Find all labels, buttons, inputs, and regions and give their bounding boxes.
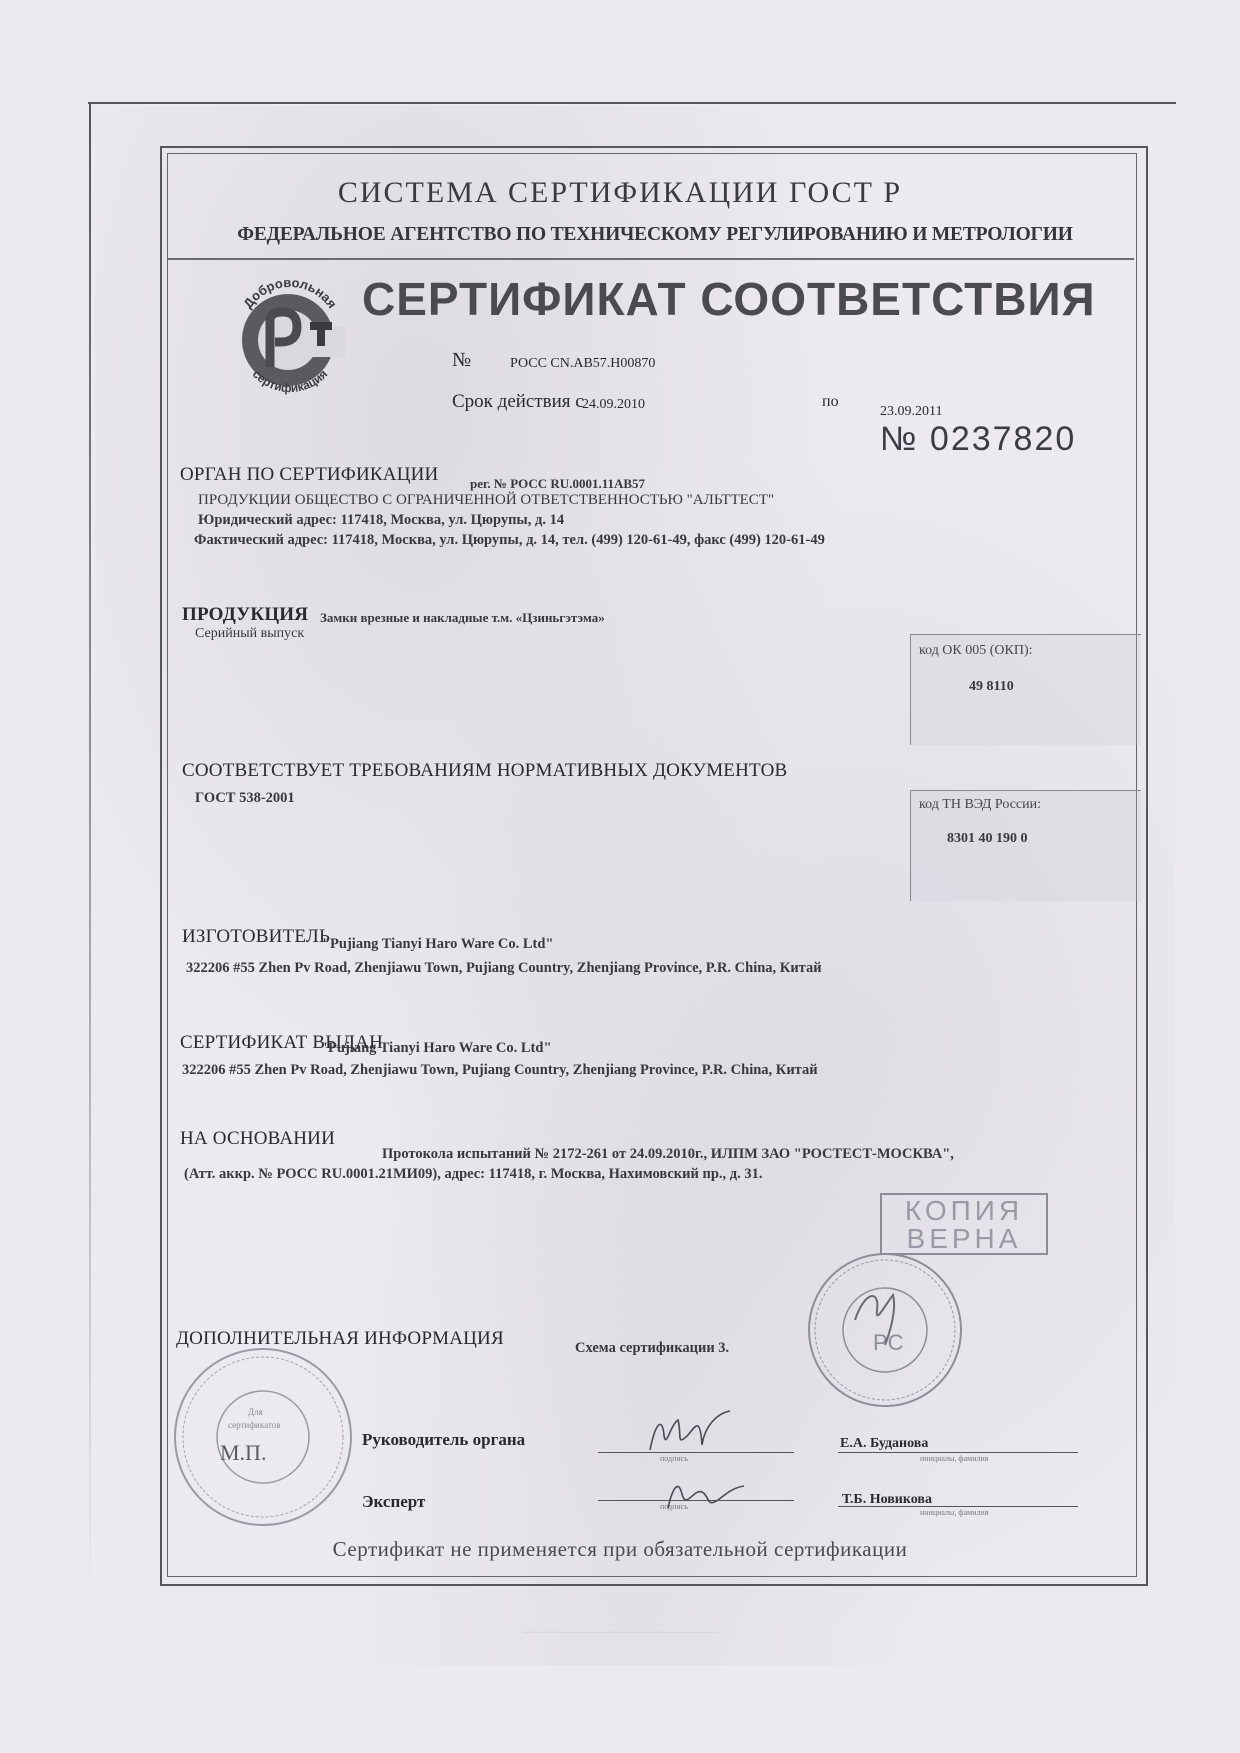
certification-body-seal-icon: PC: [785, 1250, 985, 1415]
agency-title: ФЕДЕРАЛЬНОЕ АГЕНТСТВО ПО ТЕХНИЧЕСКОМУ РЕ…: [170, 224, 1140, 246]
okp-code-box: код ОК 005 (ОКП): 49 8110: [910, 634, 1141, 745]
expert-name-caption: инициалы, фамилия: [920, 1508, 988, 1517]
compliance-heading: СООТВЕТСТВУЕТ ТРЕБОВАНИЯМ НОРМАТИВНЫХ ДО…: [182, 760, 787, 782]
seal-center-top: Для: [248, 1407, 263, 1417]
expert-signature-icon: [660, 1470, 750, 1525]
blank-number: № 0237820: [880, 420, 1076, 459]
expert-label: Эксперт: [362, 1492, 425, 1512]
page-edge-top: [88, 102, 1176, 104]
certificate-title: СЕРТИФИКАТ СООТВЕТСТВИЯ: [362, 272, 1096, 326]
head-name-caption: инициалы, фамилия: [920, 1454, 988, 1463]
valid-from-date: 24.09.2010: [582, 397, 645, 413]
product-release: Серийный выпуск: [195, 626, 304, 642]
actual-address: Фактический адрес: 117418, Москва, ул. Ц…: [194, 532, 825, 549]
tnved-code-label: код ТН ВЭД России:: [919, 797, 1041, 813]
basis-line-1: Протокола испытаний № 2172-261 от 24.09.…: [382, 1146, 954, 1163]
issued-to-name: "Pujiang Tianyi Haro Ware Co. Ltd": [320, 1040, 552, 1057]
compliance-standard: ГОСТ 538-2001: [195, 790, 295, 807]
certificate-number: РОСС CN.АВ57.Н00870: [510, 356, 655, 372]
issued-to-address: 322206 #55 Zhen Pv Road, Zhenjiawu Town,…: [182, 1062, 818, 1079]
number-label: №: [452, 349, 471, 372]
head-of-body-label: Руководитель органа: [362, 1430, 525, 1450]
legal-address: Юридический адрес: 117418, Москва, ул. Ц…: [198, 512, 564, 529]
copy-true-stamp: КОПИЯ ВЕРНА: [880, 1193, 1048, 1255]
validity-label: Срок действия с: [452, 391, 584, 413]
manufacturer-name: "Pujiang Tianyi Haro Ware Co. Ltd": [322, 936, 554, 953]
manufacturer-heading: ИЗГОТОВИТЕЛЬ: [182, 926, 330, 948]
okp-code-value: 49 8110: [969, 679, 1014, 695]
copy-stamp-line-2: ВЕРНА: [882, 1225, 1046, 1253]
manufacturer-address: 322206 #55 Zhen Pv Road, Zhenjiawu Town,…: [186, 960, 822, 977]
footer-note: Сертификат не применяется при обязательн…: [0, 1537, 1240, 1562]
additional-info-text: Схема сертификации 3.: [575, 1340, 729, 1357]
valid-to-label: по: [822, 393, 839, 411]
footer-microtext: ········································…: [0, 1630, 1240, 1636]
seal-center-mid: сертификатов: [228, 1420, 280, 1430]
certification-body-heading: ОРГАН ПО СЕРТИФИКАЦИИ: [180, 464, 438, 486]
mp-seal-icon: [168, 1345, 368, 1540]
page-edge-left: [89, 102, 91, 1602]
expert-name-line: [838, 1506, 1078, 1507]
certification-body-reg: рег. № РОСС RU.0001.11АВ57: [470, 476, 645, 492]
mp-label: М.П.: [220, 1440, 266, 1466]
valid-to-date: 23.09.2011: [880, 404, 942, 420]
product-description: Замки врезные и накладные т.м. «Цзиньгэт…: [320, 610, 605, 626]
product-heading: ПРОДУКЦИЯ: [182, 604, 308, 626]
head-name-line: [838, 1452, 1078, 1453]
tnved-code-value: 8301 40 190 0: [947, 831, 1028, 847]
head-signature-icon: [640, 1405, 740, 1470]
tnved-code-box: код ТН ВЭД России: 8301 40 190 0: [910, 790, 1141, 901]
header-divider: [168, 258, 1134, 260]
certification-body-name: ПРОДУКЦИИ ОБЩЕСТВО С ОГРАНИЧЕННОЙ ОТВЕТС…: [198, 492, 774, 509]
rst-logo-icon: Добровольная сертификация: [225, 272, 355, 402]
okp-code-label: код ОК 005 (ОКП):: [919, 643, 1033, 659]
system-title: СИСТЕМА СЕРТИФИКАЦИИ ГОСТ Р: [0, 176, 1240, 210]
copy-stamp-line-1: КОПИЯ: [882, 1197, 1046, 1225]
basis-heading: НА ОСНОВАНИИ: [180, 1128, 335, 1150]
head-name: Е.А. Буданова: [840, 1436, 928, 1452]
basis-line-2: (Атт. аккр. № РОСС RU.0001.21МИ09), адре…: [184, 1166, 763, 1183]
